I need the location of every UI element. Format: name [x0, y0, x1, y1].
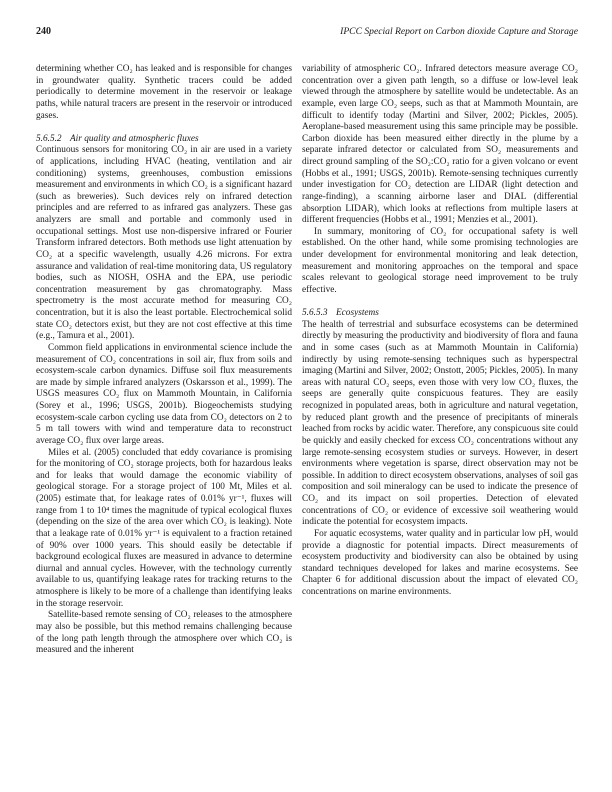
section-heading-5652: 5.6.5.2Air quality and atmospheric fluxe… — [36, 134, 292, 146]
spacer — [36, 122, 292, 134]
section-title: Air quality and atmospheric fluxes — [70, 134, 199, 144]
paragraph: Common field applications in environment… — [36, 343, 292, 448]
page-header: 240 IPCC Special Report on Carbon dioxid… — [36, 26, 578, 40]
paragraph: determining whether CO₂ has leaked and i… — [36, 64, 292, 122]
paragraph: In summary, monitoring of CO₂ for occupa… — [302, 227, 578, 297]
paragraph: Satellite-based remote sensing of CO₂ re… — [36, 610, 292, 657]
right-column: variability of atmospheric CO₂. Infrared… — [302, 64, 578, 599]
running-title: IPCC Special Report on Carbon dioxide Ca… — [340, 26, 578, 37]
page-number: 240 — [36, 26, 51, 37]
left-column: determining whether CO₂ has leaked and i… — [36, 64, 292, 657]
paragraph: The health of terrestrial and subsurface… — [302, 320, 578, 529]
paragraph: For aquatic ecosystems, water quality an… — [302, 529, 578, 599]
paragraph: variability of atmospheric CO₂. Infrared… — [302, 64, 578, 227]
section-number: 5.6.5.2 — [36, 134, 70, 146]
section-heading-5653: 5.6.5.3Ecosystems — [302, 308, 578, 320]
section-number: 5.6.5.3 — [302, 308, 336, 320]
paragraph: Continuous sensors for monitoring CO₂ in… — [36, 145, 292, 343]
paragraph: Miles et al. (2005) concluded that eddy … — [36, 448, 292, 611]
section-title: Ecosystems — [336, 308, 379, 318]
spacer — [302, 297, 578, 309]
